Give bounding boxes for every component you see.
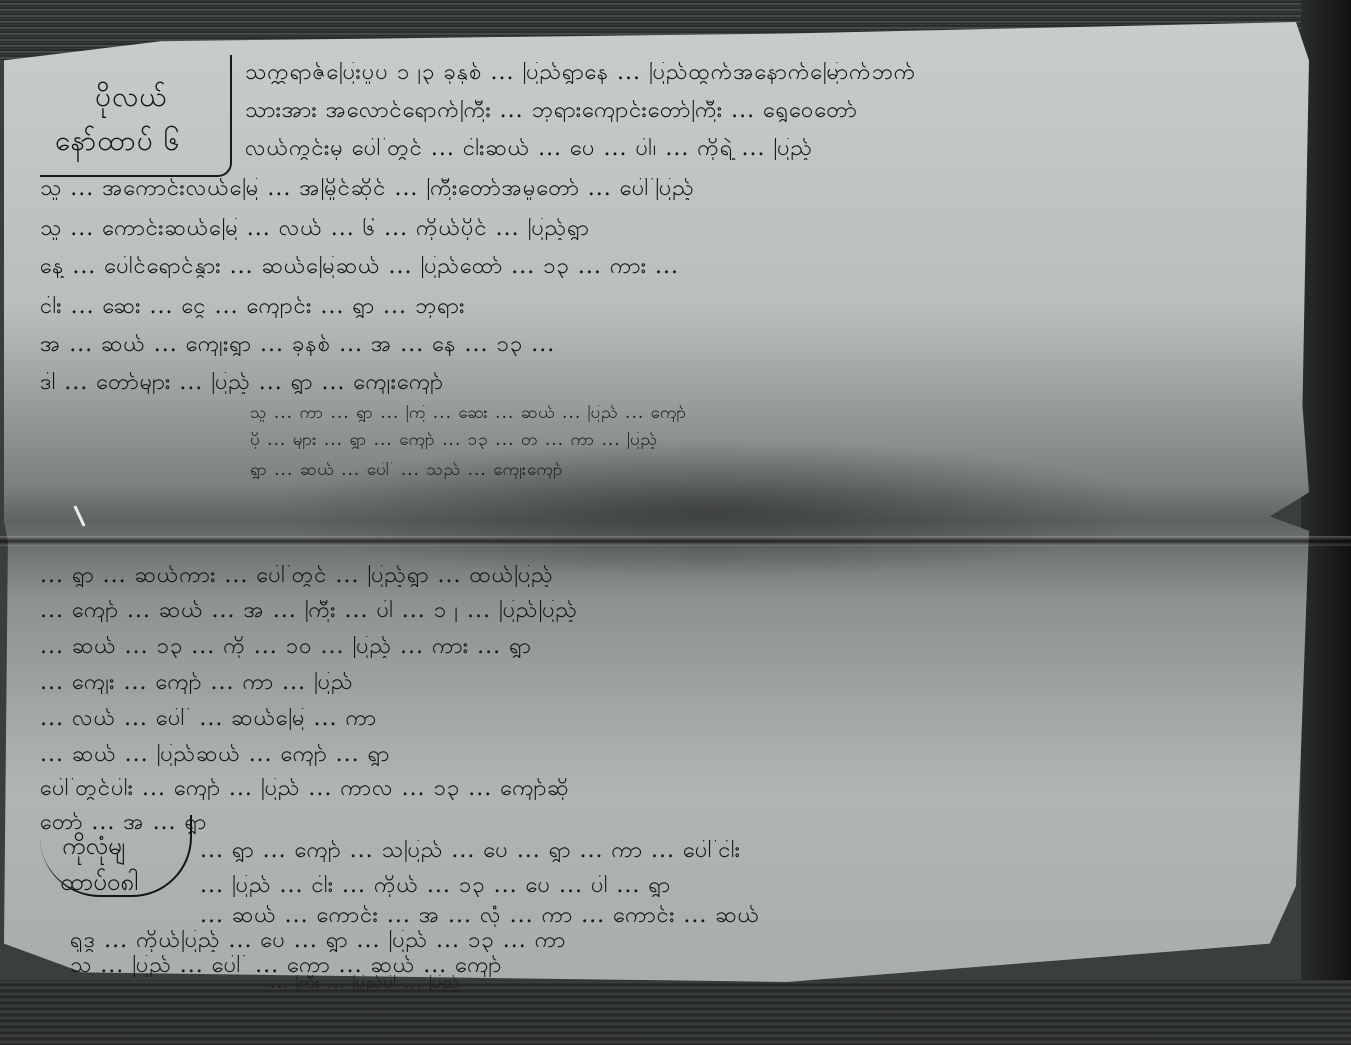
text-line: ... လယ် ... ပေါ် ... ဆယ်မြေ ... ကာ (40, 708, 1300, 730)
header-line-1: ပိုလယ် (95, 78, 167, 120)
text-line-small: ရွာ ... ဆယ် ... ပေါ် ... သည် ... ကျေးကျေ… (250, 462, 1300, 479)
text-line: အ ... ဆယ် ... ကျေးရွာ ... ခုနစ် ... အ ..… (40, 334, 1295, 356)
text-line: သားအား အလောင်ရောက်ကြီး ... ဘုရားကျောင်းတ… (245, 100, 1295, 122)
text-line: သူ ... ကောင်းဆယ်မြေ ... လယ် ... ၆ ... ကိ… (40, 218, 1295, 240)
text-line: ... ဆယ် ... ၁၃ ... ကို ... ၁၀ ... ပြည့် … (40, 636, 1300, 658)
water-stain (260, 440, 1160, 580)
text-line: သက္ကရာဇ်ပြေးပူပ ၁၂၃ ခုနှစ် ... ပြည်ရွာနေ… (245, 62, 1295, 84)
text-line: ... ရွာ ... ကျော် ... သပြည် ... ပေ ... ရ… (200, 840, 1300, 862)
margin-note-line-2: ထာပ်ဝ၈ါ (60, 866, 138, 902)
text-line: ရုဒ္ဓ ... ကိုယ်ပြည့် ... ပေ ... ရွာ ... … (70, 930, 1300, 952)
text-line: ပေါ်တွင်ပါး ... ကျော် ... ပြည် ... ကာလ .… (40, 778, 1300, 800)
text-line: ငါး ... ဆေး ... ငွေ ... ကျောင်း ... ရွာ … (40, 296, 1295, 318)
text-line: ဒါ ... တော်များ ... ပြည့် ... ရွာ ... ကျ… (40, 372, 1295, 394)
text-line: ... ဆယ် ... ကောင်း ... အ ... လုံ ... ကာ … (200, 905, 1300, 927)
text-line-small: ပို ... များ ... ရွာ ... ကျော် ... ၁၃ ..… (250, 432, 1300, 449)
text-line: သ ... ပြည် ... ပေါ် ... ကော ... ဆယ် ... … (70, 955, 1170, 977)
margin-note-line-1: ကိုလုံမျ (62, 830, 126, 866)
text-line: တော် ... အ ... ရွာ (40, 812, 1300, 834)
text-line: ... ဆယ် ... ပြည်ဆယ် ... ကျော် ... ရွာ (40, 744, 1300, 766)
background-right (1301, 0, 1351, 1045)
page-fold (0, 536, 1351, 546)
text-line: လယ်ကွင်းမှ ပေါ်တွင် ... ငါးဆယ် ... ပေ ..… (245, 138, 1295, 160)
text-line: ... ကျော် ... ဆယ် ... အ ... ကြီး ... ပါ … (40, 600, 1300, 622)
text-line: ... ကျေး ... ကျော် ... ကာ ... ပြည် (40, 672, 1300, 694)
text-line-small: ... ကြီး ... ပြည်ပါ ... ပြည့် (270, 975, 970, 992)
header-line-2: နော်ထာပ် ၆ (55, 122, 180, 164)
text-line: နေ့ ... ပေါင်ရောင်နွား ... ဆယ်မြေဆယ် ...… (40, 256, 1295, 278)
text-line: ... ပြည် ... ငါး ... ကိုယ် ... ၁၃ ... ပေ… (200, 875, 1300, 897)
text-line: သူ ... အကောင်းလယ်မြေ ... အမြိုင်ဆိုင် ..… (40, 178, 1295, 200)
text-line: ... ရွာ ... ဆယ်ကား ... ပေါ်တွင် ... ပြည့… (40, 565, 1300, 587)
text-line-small: သူ ... ကာ ... ရွာ ... ကြ ... ဆေး ... ဆယ်… (250, 405, 1300, 422)
